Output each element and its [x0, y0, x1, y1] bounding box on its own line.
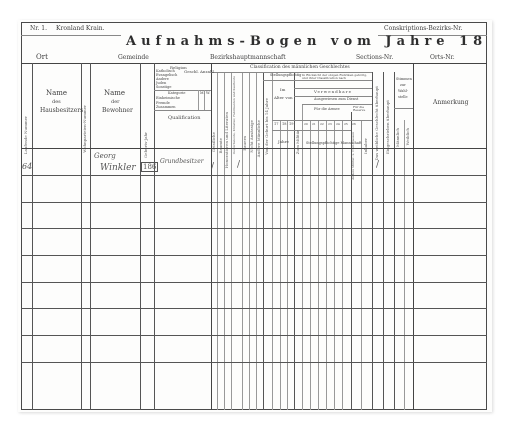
section-label: Sections-Nr. — [356, 55, 393, 61]
row-1-mark-2: / — [237, 160, 240, 170]
geburts-jahr-header: Geburts-Jahr — [144, 132, 148, 158]
age-label: 21 — [312, 123, 316, 126]
religion-col1: Geschl. — [184, 70, 199, 74]
col-line — [394, 72, 395, 410]
classif-col-header: Gewerbsleute, Künstler, Fabrikanten und … — [233, 76, 236, 154]
bezirk-label: Bezirkshauptmannschaft — [210, 55, 286, 61]
kategorie-row: Zusammen — [156, 106, 176, 110]
row-1-qualification: Grundbesitzer — [160, 158, 204, 165]
age-label: 17 — [274, 123, 278, 127]
col-line-thin — [280, 120, 281, 410]
classif-col-header: Geistliche — [212, 132, 216, 152]
col-line — [372, 72, 373, 410]
age-label: 22 — [320, 123, 324, 126]
zum-militaer-header: Zum Militär — [296, 130, 300, 154]
row-1-lauf-nr: 64 — [22, 162, 32, 171]
header-bottom-line — [21, 148, 487, 149]
row-line — [21, 255, 487, 256]
col-line — [383, 72, 384, 410]
age-label: 23 — [328, 123, 332, 126]
jahre-label: Jahre — [278, 140, 289, 144]
religion-row: Sonstige — [156, 86, 171, 90]
row-line — [21, 175, 487, 176]
col-line — [211, 63, 212, 410]
classif-col-header: Beamte — [219, 138, 223, 153]
col-line — [294, 72, 295, 410]
kategorie-col: M. — [200, 92, 205, 96]
maennlich-header: Männlich — [396, 128, 400, 147]
kategorie-col: W. — [206, 92, 210, 96]
classif-divider — [272, 130, 351, 131]
ausgewiesen-header: Ausgewiesen zum Dienst — [314, 98, 358, 102]
col-line-thin — [318, 120, 319, 410]
name-bewohner-h3: Bewohner — [102, 108, 133, 114]
fuer-reserve-header: Für die Reserve — [353, 106, 371, 112]
col-line-thin — [310, 120, 311, 410]
col-line-thin — [326, 120, 327, 410]
im-alter-2: Alter von — [274, 96, 293, 100]
anmerkung-header: Anmerkung — [433, 100, 469, 106]
crownland-underline — [21, 35, 121, 36]
andere-militaer-header: Andere Militär- u. Civil-Classen — [352, 132, 355, 180]
kategorie-row: Einheimische — [156, 97, 180, 101]
classif-col-header: Honoratioren und Literaten — [225, 112, 229, 168]
qualification-header: Qualification — [168, 116, 200, 121]
col-line-thin — [272, 72, 273, 410]
col-line-thin — [302, 104, 303, 410]
name-hausbesitzer-h2: des — [52, 100, 61, 105]
row-1-bewohner-last: Winkler — [100, 163, 136, 173]
row-line — [21, 282, 487, 283]
weibliches-header: Das weibliche Geschlecht überhaupt — [375, 86, 379, 160]
age-label: 26 — [352, 123, 356, 126]
name-hausbesitzer-h3: Hausbesitzers — [40, 108, 83, 114]
stimmen-h4: stelle — [398, 96, 408, 100]
name-bewohner-h2: der — [111, 100, 120, 105]
fremde-header: Eingeschrieben überhaupt — [386, 100, 390, 154]
stimmen-h3: Wahl- — [398, 90, 408, 94]
col-line — [32, 63, 33, 410]
row-1-bewohner-first: Georg — [94, 152, 116, 160]
weiblich-header: Weiblich — [406, 128, 410, 145]
wohnparteien-header: Wohnparteien-Nummer — [83, 105, 87, 153]
col-line — [90, 63, 91, 410]
religion-col2: Anzahl — [200, 70, 214, 74]
col-line-thin — [217, 72, 218, 410]
stimmen-h1: Stimmen — [396, 78, 412, 82]
name-hausbesitzer-h1: Name — [46, 90, 67, 97]
crownland-label: Kronland Krain. — [56, 26, 105, 32]
col-line-thin — [342, 120, 343, 410]
im-alter-1: Im — [280, 88, 285, 92]
row-1-mark-1: / — [211, 162, 214, 172]
col-line — [154, 63, 155, 410]
age-label: 19 — [289, 123, 293, 127]
col-line-thin — [361, 120, 362, 410]
form-title: Aufnahms-Bogen vom Jahre 18 — [126, 34, 487, 49]
row-line — [21, 335, 487, 336]
stimmen-h2: zur — [400, 84, 406, 88]
stimmen-divider — [394, 108, 413, 109]
row-line — [21, 202, 487, 203]
row-1-mark-weiblich: / — [376, 160, 379, 170]
col-line — [140, 63, 141, 410]
name-bewohner-h1: Name — [104, 90, 125, 97]
conscription-district-label: Conskriptions-Bezirks-Nr. — [384, 26, 462, 32]
classif-col-header: Von der Geburt bis 14 Jahre — [265, 98, 269, 155]
row-line — [21, 308, 487, 309]
ort-label: Ort — [36, 54, 48, 61]
row-1-jahr: 186 — [141, 162, 158, 172]
inhaber-header: Inhaber — [364, 138, 368, 154]
col-line-thin — [287, 120, 288, 410]
col-line — [413, 63, 414, 410]
fuer-linie-header: Für die Armee — [314, 108, 340, 112]
col-line-thin — [404, 120, 405, 410]
census-sheet: Nr. 1. Kronland Krain. Conskriptions-Bez… — [18, 20, 492, 412]
age-label: 18 — [282, 123, 286, 127]
gemeinde-label: Gemeinde — [118, 55, 149, 61]
top-right-header: In Rücksicht der obigen Rubriken gehörig… — [302, 74, 370, 80]
orts-nr-label: Orts-Nr. — [430, 55, 455, 61]
age-label: 20 — [304, 123, 308, 126]
col-line-thin — [334, 120, 335, 410]
row-line — [21, 228, 487, 229]
classif-divider — [272, 120, 372, 121]
row-line — [21, 362, 487, 363]
verwendbar-header: Verwendbare — [314, 90, 352, 94]
age-label: 25 — [344, 123, 348, 126]
col-line-thin — [242, 72, 243, 410]
classif-col-header: Andere Männliche — [257, 120, 261, 157]
stellung-header: Stellungspflichtig — [270, 74, 301, 78]
classif-divider — [263, 80, 372, 81]
religion-divider — [154, 110, 211, 111]
classification-title: Classification des männlichen Geschlecht… — [250, 66, 350, 71]
religion-col-line — [198, 90, 199, 110]
form-number: Nr. 1. — [30, 26, 47, 32]
kategorie-title: Kategorie — [168, 92, 185, 96]
age-label: 24 — [336, 123, 340, 126]
